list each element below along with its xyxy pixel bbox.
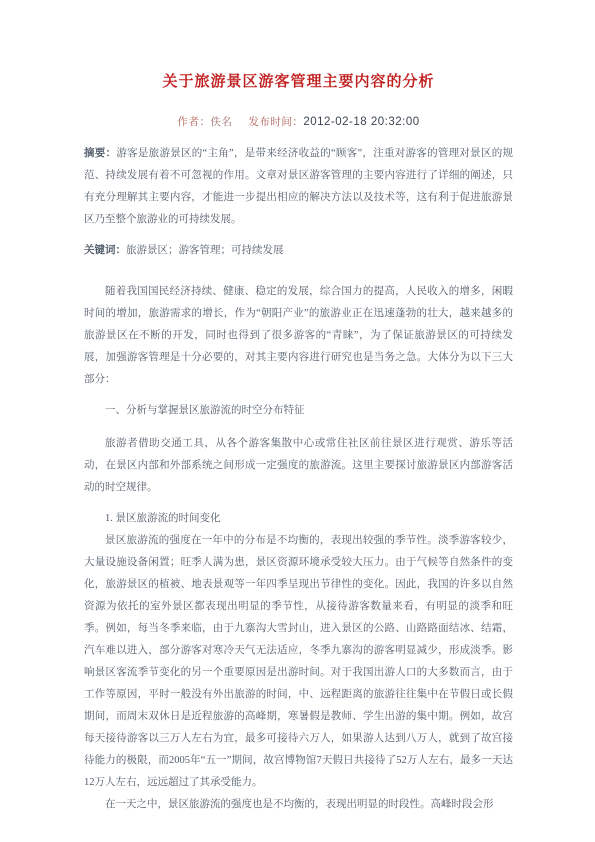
keywords-paragraph: 关键词：旅游景区；游客管理；可持续发展 — [84, 240, 513, 262]
article-title: 关于旅游景区游客管理主要内容的分析 — [84, 72, 513, 92]
author-label: 作者： — [177, 117, 210, 128]
publish-time-label: 发布时间： — [248, 117, 303, 128]
abstract-text: 游客是旅游景区的“主角”，是带来经济收益的“顾客”，注重对游客的管理对景区的规范… — [84, 148, 513, 225]
section-heading-1: 一、分析与掌握景区旅游流的时空分布特征 — [84, 400, 513, 422]
keywords-label: 关键词： — [84, 245, 126, 256]
intro-paragraph: 随着我国国民经济持续、健康、稳定的发展，综合国力的提高，人民收入的增多，闲暇时间… — [84, 281, 513, 391]
tourist-flow-paragraph: 旅游者借助交通工具，从各个游客集散中心或常住社区前往景区进行观赏、游乐等活动，在… — [84, 433, 513, 499]
article-byline: 作者：佚名发布时间：2012-02-18 20:32:00 — [84, 114, 513, 129]
abstract-label: 摘要： — [84, 148, 116, 159]
keywords-text: 旅游景区；游客管理；可持续发展 — [126, 245, 284, 256]
abstract-paragraph: 摘要：游客是旅游景区的“主角”，是带来经济收益的“顾客”，注重对游客的管理对景区… — [84, 143, 513, 231]
publish-time-value: 2012-02-18 20:32:00 — [303, 116, 419, 128]
document-page: 关于旅游景区游客管理主要内容的分析 作者：佚名发布时间：2012-02-18 2… — [0, 0, 595, 842]
daily-variation-paragraph: 在一天之中，景区旅游流的强度也是不均衡的，表现出明显的时段性。高峰时段会形 — [84, 794, 513, 816]
subsection-heading-1: 1. 景区旅游流的时间变化 — [84, 508, 513, 530]
author-value: 佚名 — [210, 117, 232, 128]
seasonality-paragraph: 景区旅游流的强度在一年中的分布是不均衡的，表现出较强的季节性。淡季游客较少，大量… — [84, 530, 513, 794]
